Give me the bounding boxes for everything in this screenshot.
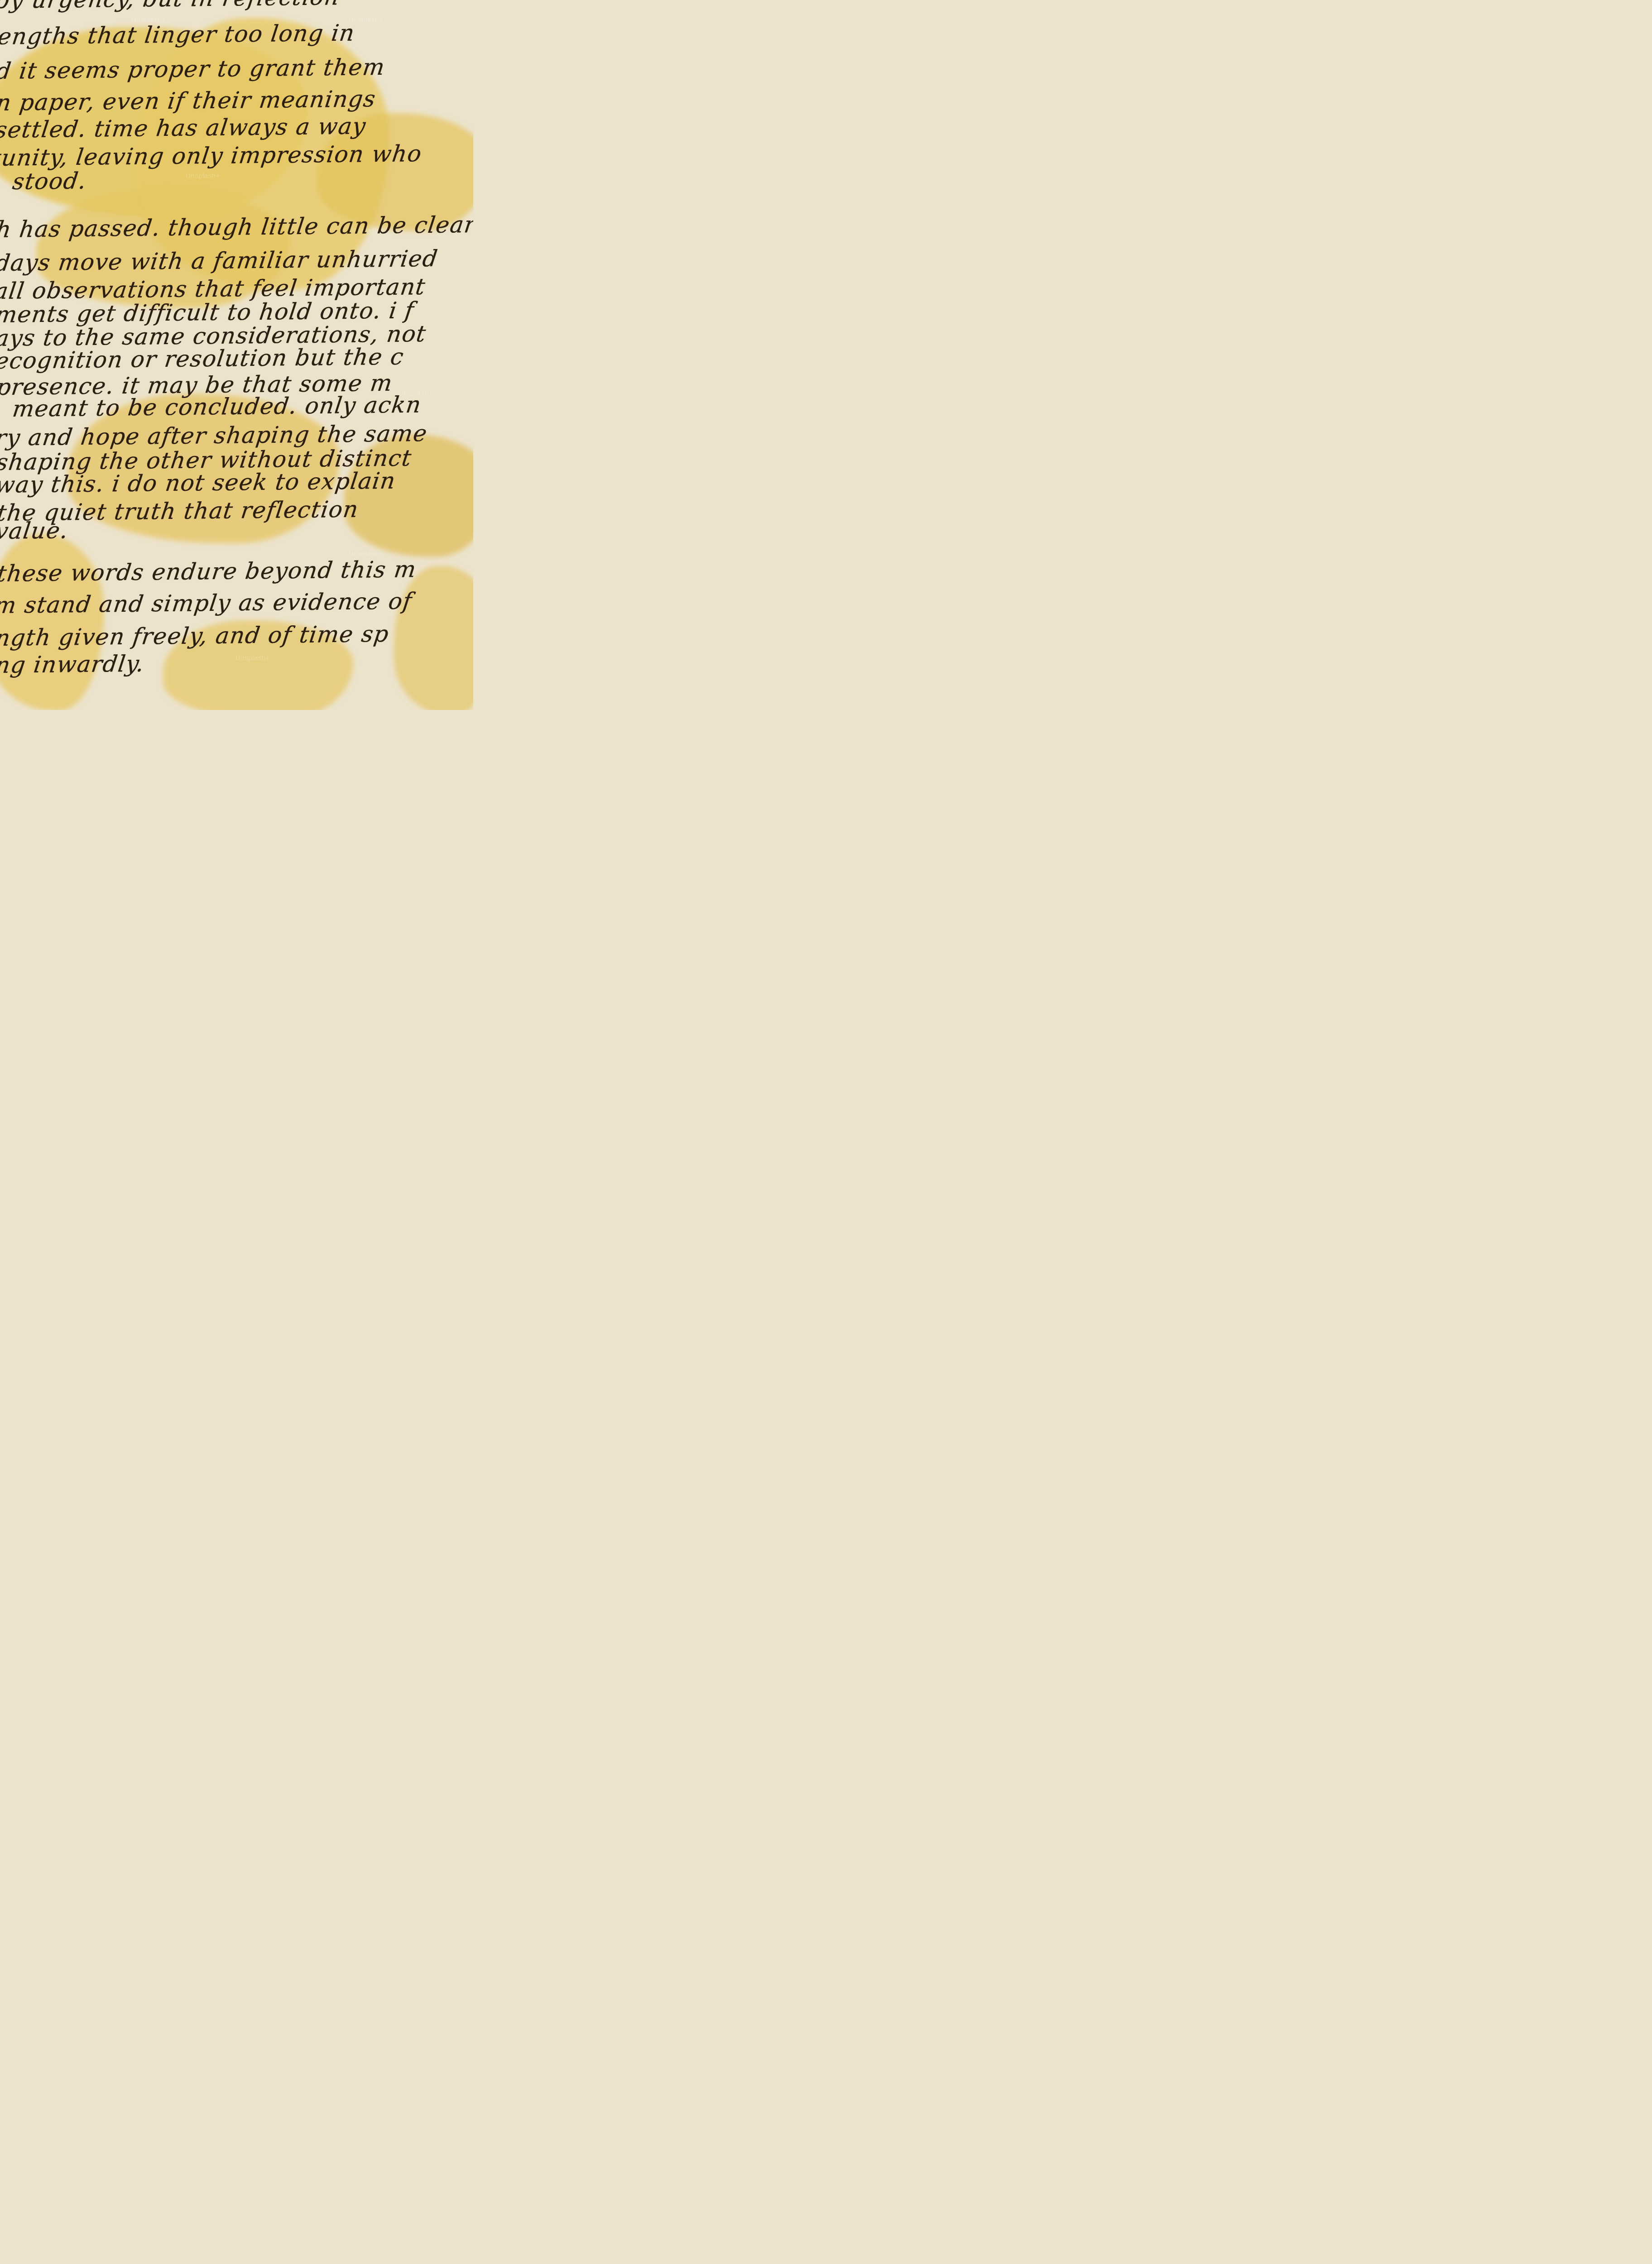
text-line: d it seems proper to grant them	[0, 54, 387, 84]
text-line: value.	[0, 517, 70, 544]
text-line: days move with a familiar unhurried	[0, 245, 440, 276]
text-line: settled. time has always a way	[0, 113, 368, 143]
text-line: h has passed. though little can be clear	[0, 211, 473, 243]
text-line: m stand and simply as evidence of	[0, 588, 414, 619]
text-line: lengths that linger too long in	[0, 20, 356, 50]
text-line: stood.	[11, 168, 88, 195]
text-line: meant to be concluded. only ackn	[11, 392, 423, 422]
text-line: way this. i do not seek to explain	[0, 468, 398, 498]
text-line: tunity, leaving only impression who	[0, 140, 423, 171]
text-line: by urgency, but in reflection	[0, 0, 341, 14]
text-line: ng inwardly.	[0, 651, 146, 678]
text-line: these words endure beyond this m	[0, 556, 418, 587]
handwritten-letter: by urgency, but in reflection lengths th…	[0, 0, 473, 710]
text-line: ecognition or resolution but the c	[0, 344, 406, 374]
text-line: n paper, even if their meanings	[0, 86, 378, 116]
text-line: ngth given freely, and of time sp	[0, 621, 391, 651]
